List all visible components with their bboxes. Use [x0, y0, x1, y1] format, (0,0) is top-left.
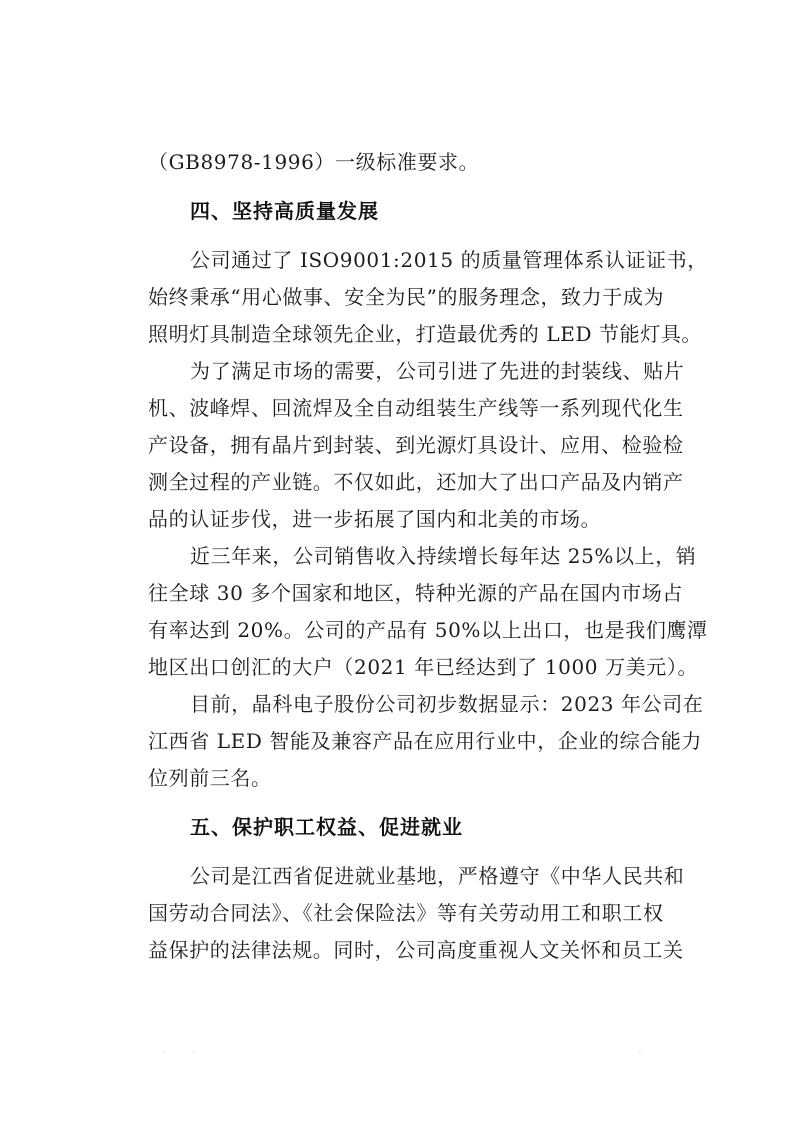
body-text-line: 往全球 30 多个国家和地区，特种光源的产品在国内市场占: [148, 581, 683, 605]
section-heading: 四、坚持高质量发展: [190, 199, 379, 223]
body-text-line: 位列前三名。: [148, 766, 272, 790]
section-heading: 五、保护职工权益、促进就业: [190, 815, 463, 839]
paragraph-start-line: 近三年来，公司销售收入持续增长每年达 25%以上，销: [190, 544, 696, 568]
body-text-line: 地区出口创汇的大户（2021 年已经达到了 1000 万美元）。: [148, 655, 698, 679]
body-text-line: 机、波峰焊、回流焊及全自动组装生产线等一系列现代化生: [148, 396, 684, 420]
scan-artifact: [193, 1051, 196, 1053]
paragraph-start-line: 公司是江西省促进就业基地，严格遵守《中华人民共和: [190, 864, 684, 888]
scan-artifact: [638, 1051, 641, 1053]
body-text-line: 照明灯具制造全球领先企业，打造最优秀的 LED 节能灯具。: [148, 322, 702, 346]
paragraph-start-line: 目前，晶科电子股份公司初步数据显示：2023 年公司在: [190, 692, 703, 716]
body-text-line: （GB8978-1996）一级标准要求。: [148, 150, 479, 174]
body-text-line: 产设备，拥有晶片到封装、到光源灯具设计、应用、检验检: [148, 433, 684, 457]
paragraph-start-line: 为了满足市场的需要，公司引进了先进的封装线、贴片: [190, 359, 684, 383]
body-text-line: 品的认证步伐，进一步拓展了国内和北美的市场。: [148, 507, 601, 531]
body-text-line: 益保护的法律法规。同时，公司高度重视人文关怀和员工关: [148, 938, 684, 962]
body-text-line: 测全过程的产业链。不仅如此，还加大了出口产品及内销产: [148, 470, 684, 494]
body-text-line: 江西省 LED 智能及兼容产品在应用行业中，企业的综合能力: [148, 729, 702, 753]
paragraph-start-line: 公司通过了 ISO9001:2015 的质量管理体系认证证书，: [190, 248, 708, 272]
body-text-line: 有率达到 20%。公司的产品有 50%以上出口，也是我们鹰潭: [148, 618, 708, 642]
scan-artifact: [162, 1051, 165, 1053]
body-text-line: 始终秉承“用心做事、安全为民”的服务理念，致力于成为: [148, 285, 664, 309]
body-text-line: 国劳动合同法》、《社会保险法》等有关劳动用工和职工权: [148, 901, 664, 925]
